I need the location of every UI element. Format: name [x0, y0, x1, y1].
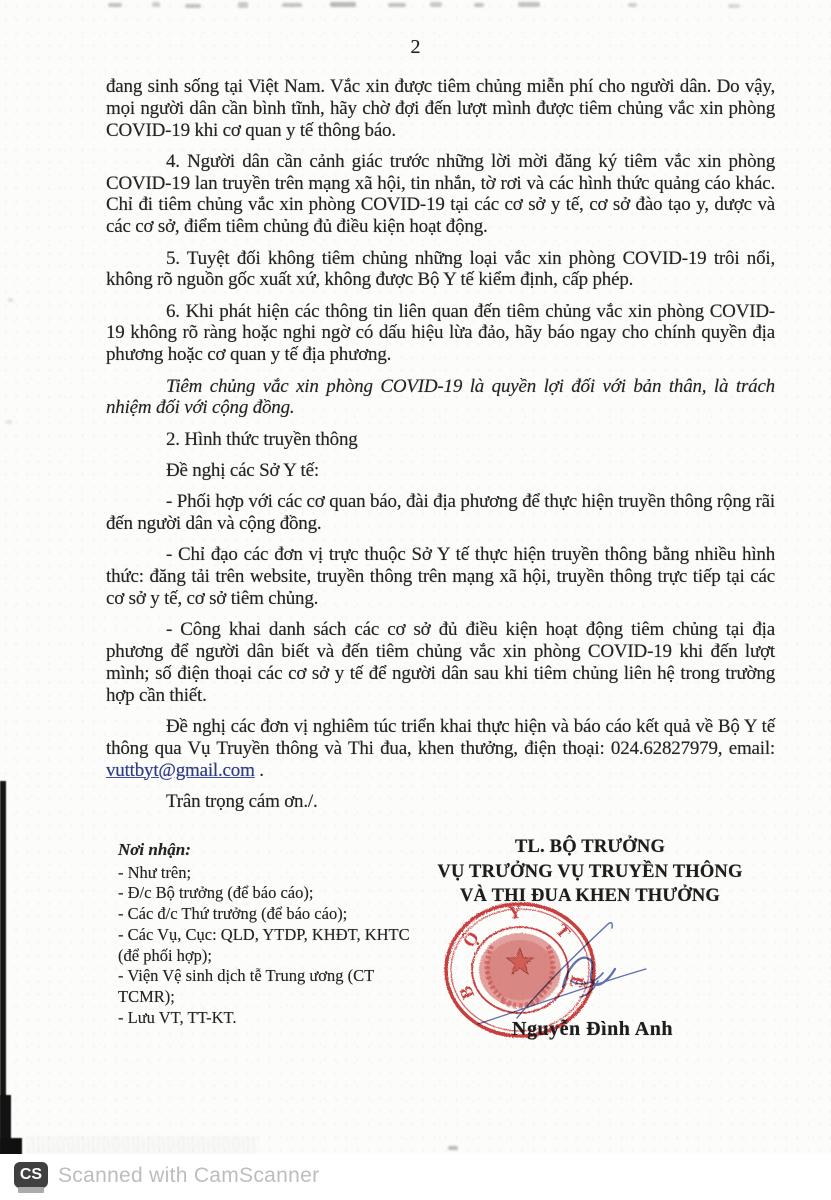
- scan-artifact: [518, 2, 540, 7]
- body-paragraph: 5. Tuyệt đối không tiêm chủng những loại…: [106, 248, 775, 292]
- scan-artifact: [330, 2, 356, 7]
- signer-name: Nguyễn Đình Anh: [475, 1018, 710, 1041]
- recipient-item: - Lưu VT, TT-KT.: [118, 1008, 410, 1029]
- scanned-document-page: 2 đang sinh sống tại Việt Nam. Vắc xin đ…: [0, 0, 831, 1200]
- email-link: vuttbyt@gmail.com: [106, 760, 255, 781]
- camscanner-logo-text: CS: [20, 1166, 42, 1184]
- italic-note: Tiêm chủng vắc xin phòng COVID-19 là quy…: [106, 376, 775, 420]
- scan-artifact: [185, 4, 201, 8]
- body-paragraph: - Chỉ đạo các đơn vị trực thuộc Sở Y tế …: [106, 544, 775, 609]
- recipient-item: - Đ/c Bộ trưởng (để báo cáo);: [118, 883, 410, 904]
- contact-text: Đề nghị các đơn vị nghiêm túc triển khai…: [106, 716, 775, 759]
- scan-artifact: [152, 2, 160, 7]
- contact-text-after: .: [255, 760, 264, 781]
- closing-line: Trân trọng cám ơn./.: [106, 791, 775, 813]
- scan-artifact: [474, 3, 484, 7]
- body-paragraph: - Công khai danh sách các cơ sở đủ điều …: [106, 619, 775, 706]
- contact-paragraph: Đề nghị các đơn vị nghiêm túc triển khai…: [106, 716, 775, 781]
- body-paragraph: 4. Người dân cần cảnh giác trước những l…: [106, 151, 775, 238]
- body-paragraph: Đề nghị các Sở Y tế:: [106, 460, 775, 482]
- scan-artifact: [8, 298, 13, 302]
- scan-artifact: [238, 2, 248, 8]
- document-body: đang sinh sống tại Việt Nam. Vắc xin đượ…: [106, 76, 775, 813]
- section-heading: 2. Hình thức truyền thông: [106, 429, 775, 451]
- recipient-item: - Viện Vệ sinh dịch tễ Trung ương (CT TC…: [118, 966, 410, 1007]
- recipients-heading: Nơi nhận:: [118, 840, 410, 861]
- signature-title-line: TL. BỘ TRƯỞNG: [412, 835, 768, 860]
- scan-artifact: [388, 3, 406, 7]
- body-paragraph: - Phối hợp với các cơ quan báo, đài địa …: [106, 491, 775, 535]
- scan-artifact: [628, 3, 637, 7]
- camscanner-logo-icon: CS: [14, 1162, 48, 1188]
- scan-artifact: [108, 3, 122, 7]
- camscanner-footer: CS Scanned with CamScanner: [0, 1154, 831, 1200]
- body-paragraph: đang sinh sống tại Việt Nam. Vắc xin đượ…: [106, 76, 775, 141]
- recipients-block: Nơi nhận: - Như trên; - Đ/c Bộ trưởng (đ…: [118, 840, 410, 1028]
- page-number: 2: [0, 36, 831, 59]
- watermark-text: Scanned with CamScanner: [58, 1164, 319, 1188]
- recipient-item: - Các đ/c Thứ trưởng (để báo cáo);: [118, 904, 410, 925]
- scan-artifact: [448, 1146, 458, 1150]
- signature-title-line: VỤ TRƯỞNG VỤ TRUYỀN THÔNG: [412, 860, 768, 885]
- scan-artifact: [6, 420, 12, 424]
- body-paragraph: 6. Khi phát hiện các thông tin liên quan…: [106, 301, 775, 366]
- scan-artifact: [430, 2, 442, 7]
- scan-artifact: [282, 3, 302, 7]
- recipient-item: - Các Vụ, Cục: QLD, YTDP, KHĐT, KHTC (để…: [118, 925, 410, 966]
- recipient-item: - Như trên;: [118, 863, 410, 884]
- scan-artifact: [728, 4, 740, 8]
